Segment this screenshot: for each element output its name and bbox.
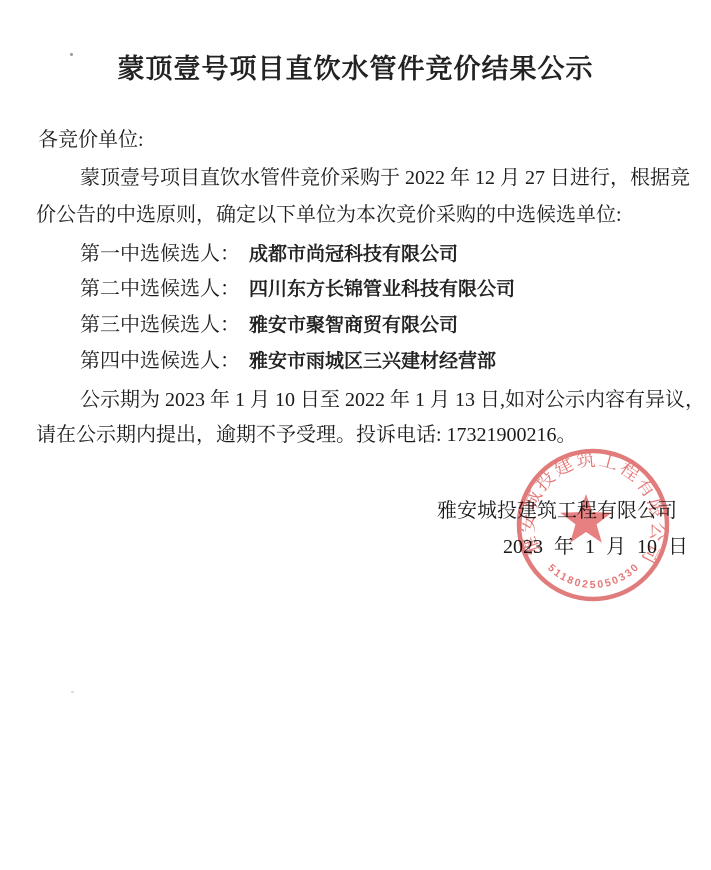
candidate-row: 第四中选候选人：雅安市雨城区三兴建材经营部 bbox=[80, 349, 496, 374]
body-paragraph1-line1: 蒙顶壹号项目直饮水管件竞价采购于 2022 年 12 月 27 日进行，根据竞 bbox=[80, 166, 690, 190]
candidate-company-name: 成都市尚冠科技有限公司 bbox=[249, 244, 458, 265]
candidate-rank-label: 第三中选候选人： bbox=[80, 314, 240, 336]
candidate-company-name: 雅安市聚智商贸有限公司 bbox=[249, 315, 458, 336]
seal-number-text: 5118025050330 bbox=[545, 561, 642, 592]
salutation-line: 各竞价单位: bbox=[38, 128, 144, 152]
signature-company: 雅安城投建筑工程有限公司 bbox=[437, 499, 677, 523]
body-paragraph2-line2: 请在公示期内提出，逾期不予受理。投诉电话: 17321900216。 bbox=[36, 423, 577, 447]
candidate-row: 第一中选候选人：成都市尚冠科技有限公司 bbox=[80, 242, 458, 267]
body-paragraph1-line2: 价公告的中选原则，确定以下单位为本次竞价采购的中选候选单位: bbox=[36, 203, 622, 227]
scan-artifact bbox=[70, 53, 73, 56]
document-title: 蒙顶壹号项目直饮水管件竞价结果公示 bbox=[0, 47, 711, 86]
candidate-company-name: 雅安市雨城区三兴建材经营部 bbox=[249, 351, 496, 372]
seal-ring bbox=[519, 451, 667, 599]
candidate-row: 第三中选候选人：雅安市聚智商贸有限公司 bbox=[80, 313, 458, 338]
signature-date: 2023 年 1 月 10 日 bbox=[503, 535, 688, 559]
document-page: 蒙顶壹号项目直饮水管件竞价结果公示 各竞价单位: 蒙顶壹号项目直饮水管件竞价采购… bbox=[0, 0, 711, 870]
scan-artifact bbox=[71, 691, 74, 693]
candidate-rank-label: 第四中选候选人： bbox=[80, 350, 240, 372]
candidate-row: 第二中选候选人：四川东方长锦管业科技有限公司 bbox=[80, 277, 515, 302]
candidate-rank-label: 第二中选候选人： bbox=[80, 278, 240, 300]
candidate-rank-label: 第一中选候选人： bbox=[80, 243, 240, 265]
body-paragraph2-line1: 公示期为 2023 年 1 月 10 日至 2022 年 1 月 13 日,如对… bbox=[80, 388, 705, 412]
candidate-company-name: 四川东方长锦管业科技有限公司 bbox=[249, 279, 515, 300]
